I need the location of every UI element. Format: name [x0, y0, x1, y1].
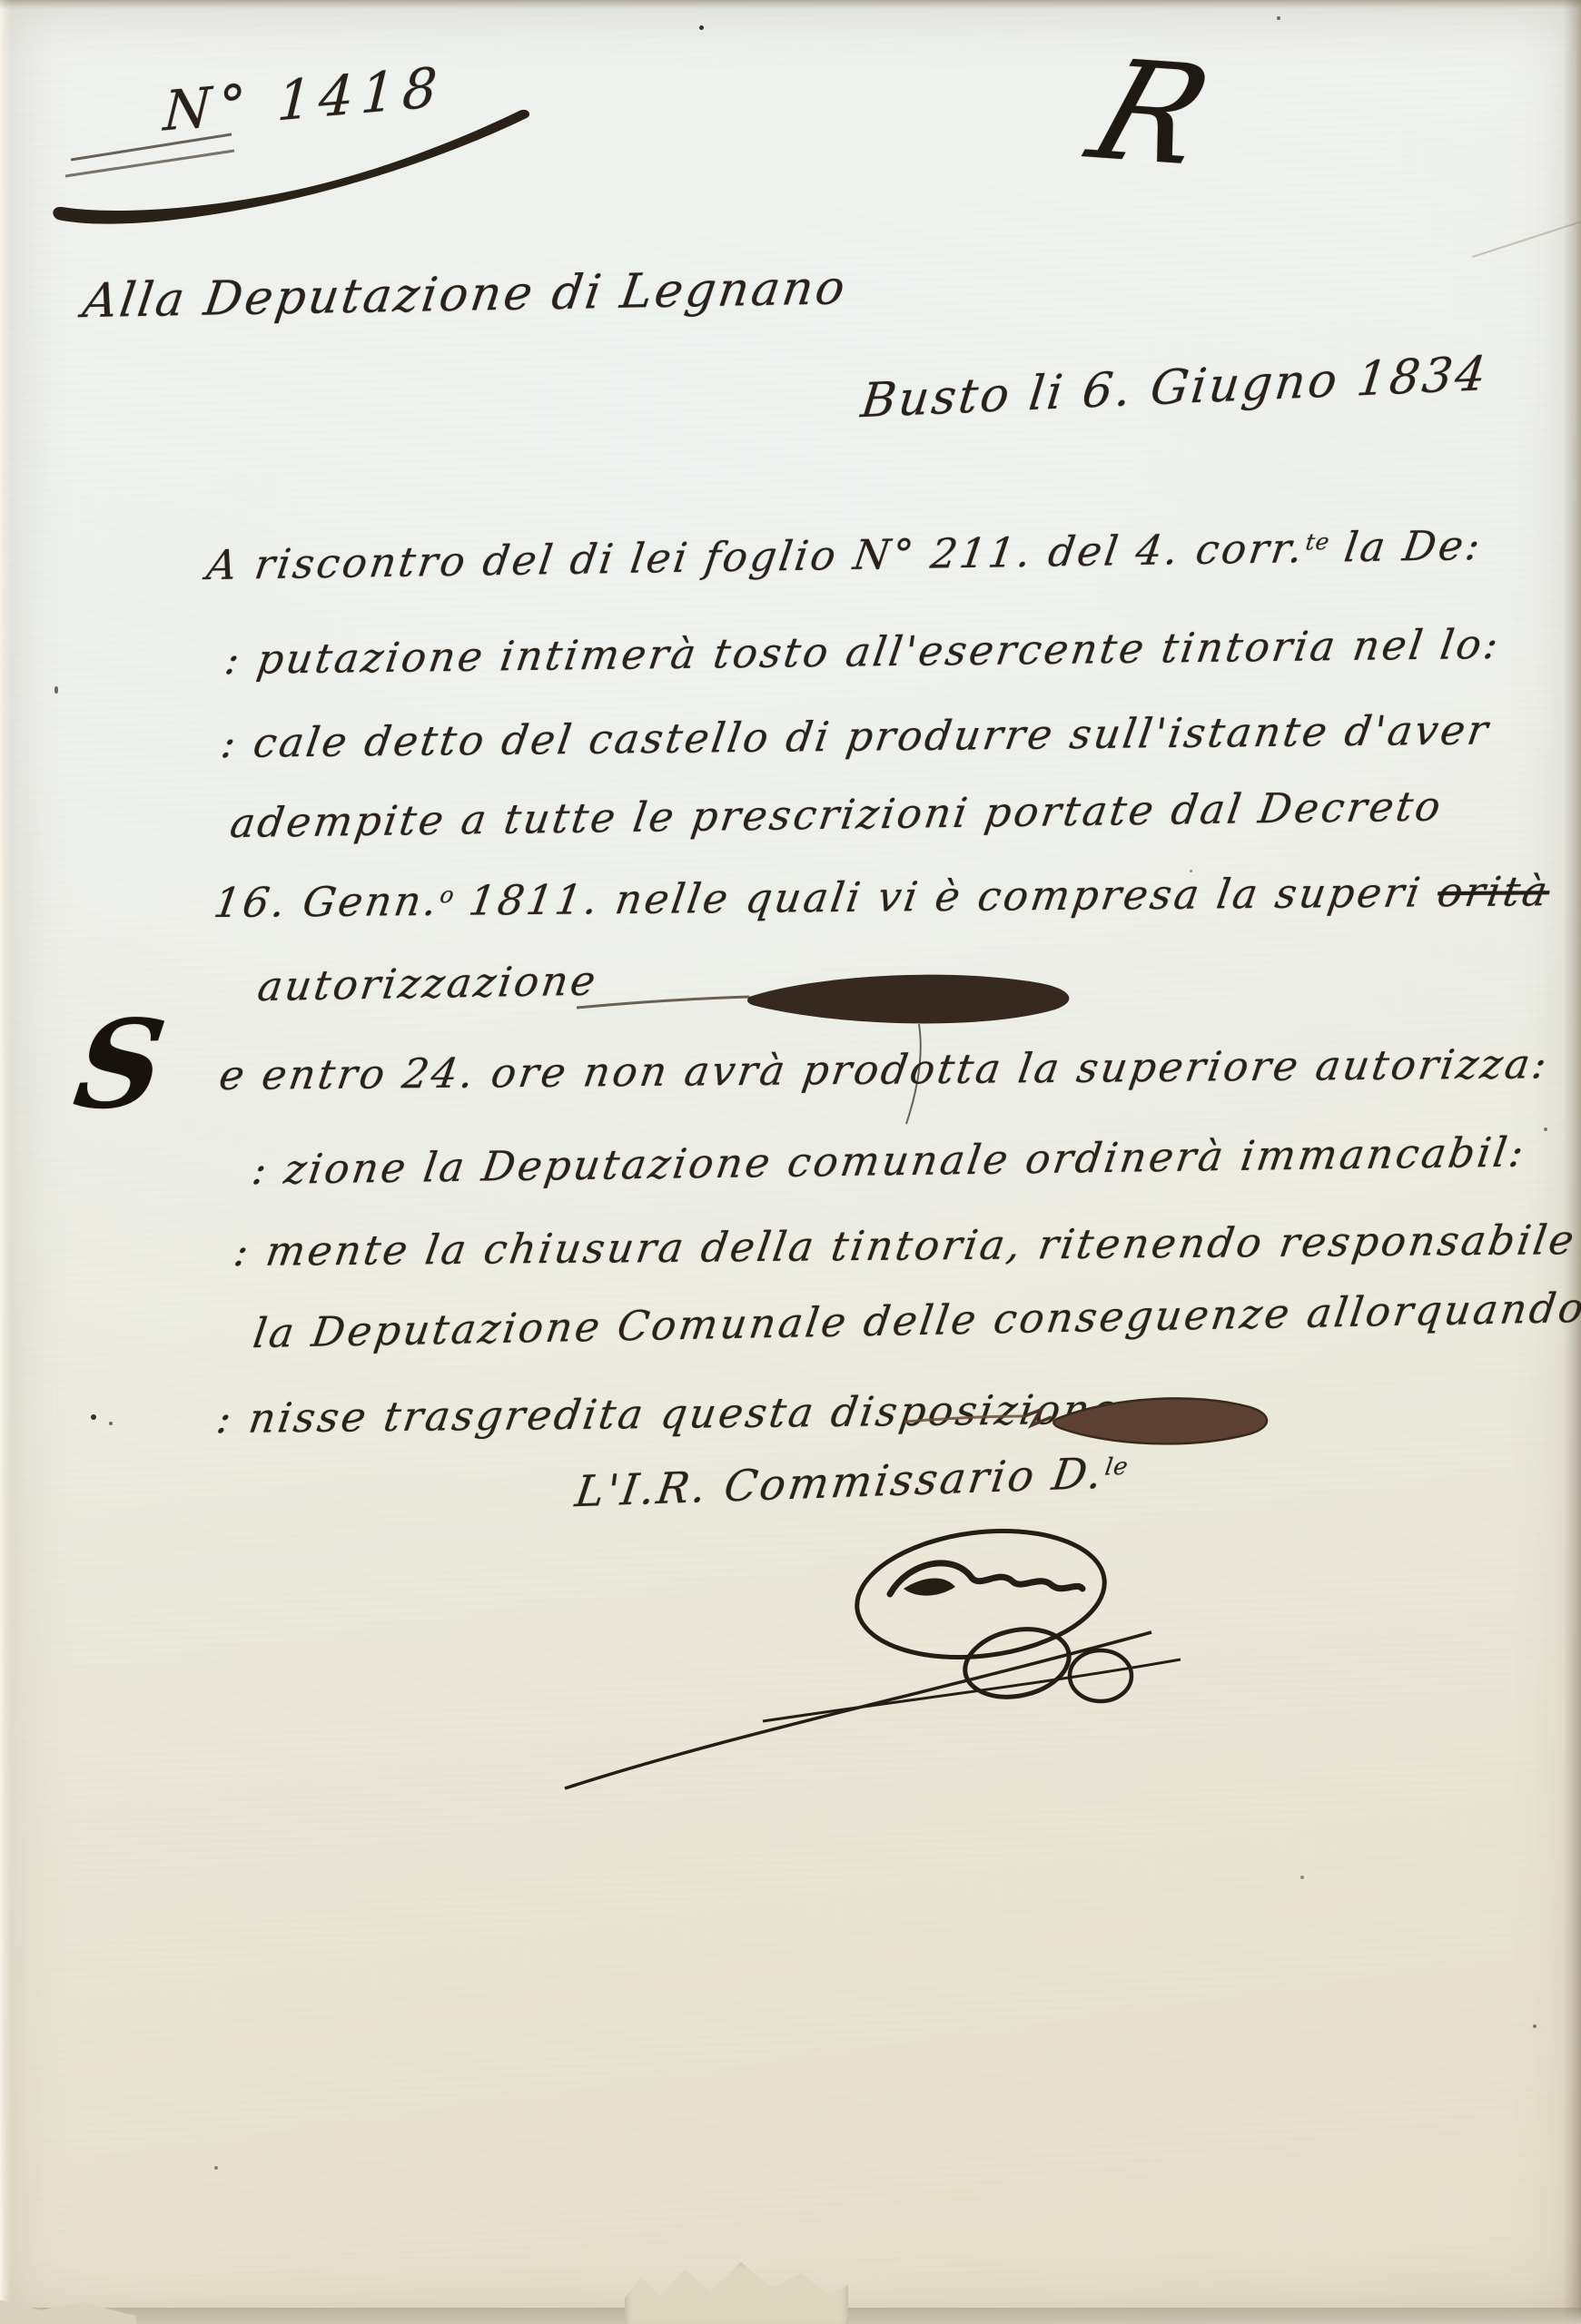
- ink-speck: [214, 2166, 218, 2170]
- recipient-line: Alla Deputazione di Legnano: [80, 261, 851, 329]
- paper-sheet: N° 1418 R Alla Deputazione di Legnano Bu…: [0, 0, 1581, 2324]
- signature-title-superscript: le: [1103, 1453, 1131, 1482]
- paper-chip-bottom-left: [0, 2284, 136, 2324]
- ink-speck: [1544, 1128, 1547, 1131]
- corner-r-mark: R: [1073, 31, 1229, 195]
- signature-scribble: [545, 1496, 1217, 1805]
- body-line-9: : mente la chiusura della tintoria, rite…: [231, 1216, 1579, 1275]
- ink-speck: [1533, 2024, 1537, 2028]
- paper-edge-left: [0, 0, 11, 2324]
- body-line-5-struck-word: orità: [1435, 867, 1554, 916]
- paper-tear-bottom: [625, 2257, 848, 2324]
- body-line-7: e entro 24. ore non avrà prodotta la sup…: [216, 1039, 1552, 1099]
- body-line-3: : cale detto del castello di produrre su…: [218, 705, 1494, 767]
- ink-speck: [109, 1422, 113, 1425]
- body-line-2: : putazione intimerà tosto all'esercente…: [222, 620, 1504, 684]
- ink-speck: [1190, 870, 1192, 872]
- ink-speck: [699, 25, 704, 30]
- body-line-4: adempite a tutte le prescrizioni portate…: [227, 782, 1446, 847]
- body-line-6: autorizzazione: [255, 956, 601, 1010]
- body-line-1: A riscontro del di lei foglio N° 211. de…: [203, 521, 1486, 589]
- body-line-5-text: 16. Genn.: [211, 877, 443, 927]
- body-line-1-end: la De:: [1326, 521, 1486, 572]
- ink-speck: [1300, 1876, 1304, 1879]
- registry-underline-flourish: [45, 100, 554, 236]
- ink-speck: [1277, 16, 1280, 20]
- body-line-5: 16. Genn.o 1811. nelle quali vi è compre…: [211, 867, 1553, 927]
- dropcap-initial: S: [70, 1016, 170, 1116]
- body-line-10: la Deputazione Comunale delle conseguenz…: [251, 1282, 1581, 1357]
- ink-speck: [54, 686, 58, 694]
- paper-edge-top: [0, 0, 1581, 9]
- body-line-1-text: A riscontro del di lei foglio N° 211. de…: [203, 524, 1308, 589]
- paper-edge-right: [1563, 0, 1581, 2324]
- ink-speck: [91, 1414, 96, 1420]
- body-line-8: : zione la Deputazione comunale ordinerà…: [249, 1128, 1529, 1194]
- dateline: Busto li 6. Giugno 1834: [858, 347, 1491, 428]
- body-line-5-mid: 1811. nelle quali vi è compresa la super…: [450, 868, 1427, 924]
